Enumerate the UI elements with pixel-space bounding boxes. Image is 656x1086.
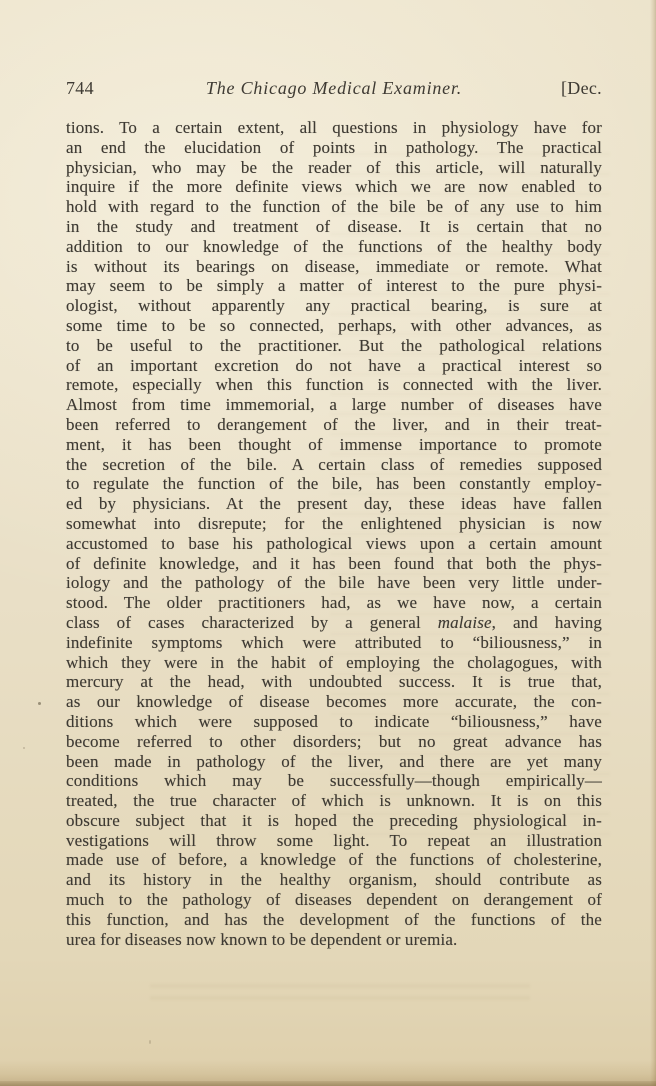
text-line: indefinite symptoms which were attribute… [66, 633, 602, 653]
text-line: become referred to other disorders; but … [66, 732, 602, 752]
text-line: accustomed to base his pathological view… [66, 534, 602, 554]
page-right-edge [650, 0, 656, 1086]
text-line: to regulate the function of the bile, ha… [66, 474, 602, 494]
text-line: physician, who may be the reader of this… [66, 158, 602, 178]
running-header: 744 The Chicago Medical Examiner. [Dec. [66, 78, 602, 99]
issue-label: [Dec. [561, 78, 602, 99]
body-text: tions. To a certain extent, all question… [66, 118, 602, 949]
text-line: tions. To a certain extent, all question… [66, 118, 602, 138]
text-line: ologist, without apparently any practica… [66, 296, 602, 316]
text-line: much to the pathology of diseases depend… [66, 890, 602, 910]
text-line: stood. The older practitioners had, as w… [66, 593, 602, 613]
text-line: which they were in the habit of employin… [66, 653, 602, 673]
text-line: remote, especially when this function is… [66, 375, 602, 395]
text-line: Almost from time immemorial, a large num… [66, 395, 602, 415]
text-line: iology and the pathology of the bile hav… [66, 573, 602, 593]
text-line: inquire if the more definite views which… [66, 177, 602, 197]
text-line: is without its bearings on disease, imme… [66, 257, 602, 277]
text-line: this function, and has the development o… [66, 910, 602, 930]
scanned-journal-page: 744 The Chicago Medical Examiner. [Dec. … [0, 0, 656, 1086]
page-bottom-edge-line [0, 1081, 656, 1086]
text-line: urea for diseases now known to be depend… [66, 930, 602, 950]
text-line: treated, the true character of which is … [66, 791, 602, 811]
text-line: obscure subject that it is hoped the pre… [66, 811, 602, 831]
text-line: and its history in the healthy organism,… [66, 870, 602, 890]
journal-title: The Chicago Medical Examiner. [206, 78, 462, 99]
page-number: 744 [66, 78, 94, 99]
text-line: conditions which may be successfully—tho… [66, 771, 602, 791]
text-line: somewhat into disrepute; for the enlight… [66, 514, 602, 534]
text-line: ed by physicians. At the present day, th… [66, 494, 602, 514]
text-line: an end the elucidation of points in path… [66, 138, 602, 158]
verso-footnote-bleed-through [150, 984, 530, 1008]
text-line: as our knowledge of disease becomes more… [66, 692, 602, 712]
ink-speck [38, 702, 41, 705]
text-line: class of cases characterized by a genera… [66, 613, 602, 633]
text-line: been made in pathology of the liver, and… [66, 752, 602, 772]
text-line: ditions which were supposed to indicate … [66, 712, 602, 732]
text-line: been referred to derangement of the live… [66, 415, 602, 435]
text-line: made use of before, a knowledge of the f… [66, 850, 602, 870]
text-line: some time to be so connected, perhaps, w… [66, 316, 602, 336]
ink-speck [149, 1040, 151, 1044]
text-line: of an important excretion do not have a … [66, 356, 602, 376]
ink-speck [23, 747, 25, 749]
text-line: to be useful to the practitioner. But th… [66, 336, 602, 356]
text-line: the secretion of the bile. A certain cla… [66, 455, 602, 475]
text-line: of definite knowledge, and it has been f… [66, 554, 602, 574]
text-line: hold with regard to the function of the … [66, 197, 602, 217]
text-line: vestigations will throw some light. To r… [66, 831, 602, 851]
text-line: may seem to be simply a matter of intere… [66, 276, 602, 296]
text-line: ment, it has been thought of immense imp… [66, 435, 602, 455]
text-line: addition to our knowledge of the functio… [66, 237, 602, 257]
text-line: in the study and treatment of disease. I… [66, 217, 602, 237]
text-line: mercury at the head, with undoubted succ… [66, 672, 602, 692]
